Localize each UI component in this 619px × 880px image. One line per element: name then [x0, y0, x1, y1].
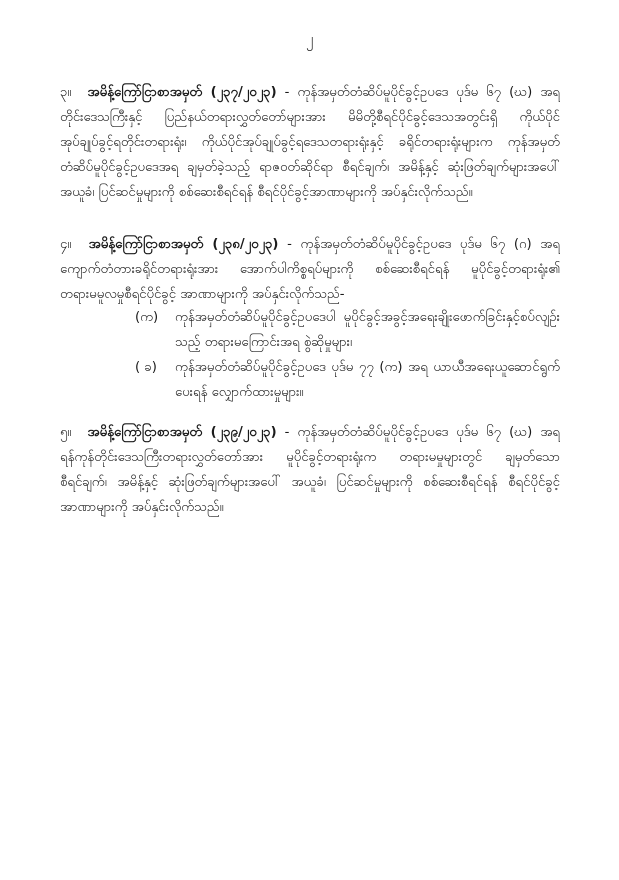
paragraph-5: ၅။ အမိန့်ကြော်ငြာစာအမှတ် (၂၃၉/၂၀၂၃) - ကု…: [60, 420, 560, 520]
paragraph-line: ၅။ အမိန့်ကြော်ငြာစာအမှတ် (၂၃၉/၂၀၂၃) - ကု…: [60, 420, 560, 445]
paragraph-line: ၃။ အမိန့်ကြော်ငြာစာအမှတ် (၂၃၇/၂၀၂၃) - ကု…: [60, 80, 560, 105]
sub-item-line: သည့် တရားမကြောင်းအရ စွဲဆိုမှုများ၊: [175, 330, 560, 355]
paragraph-line: ရန်ကုန်တိုင်းဒေသကြီးတရားလွှတ်တော်အား မူပ…: [60, 445, 560, 470]
paragraph-line: အာဏာများကို အပ်နှင်းလိုက်သည်။: [60, 495, 560, 520]
sub-item-marker: ( ခ): [135, 355, 175, 380]
paragraph-number: ၃။: [60, 85, 71, 100]
sub-item-line: ကုန်အမှတ်တံဆိပ်မူပိုင်ခွင့်ဥပဒေပါ မူပိုင…: [175, 305, 560, 330]
paragraph-line: ၄။ အမိန့်ကြော်ငြာစာအမှတ် (၂၃၈/၂၀၂၃) - ကု…: [60, 232, 560, 257]
paragraph-3: ၃။ အမိန့်ကြော်ငြာစာအမှတ် (၂၃၇/၂၀၂၃) - ကု…: [60, 80, 560, 205]
order-heading: အမိန့်ကြော်ငြာစာအမှတ် (၂၃၇/၂၀၂၃): [88, 85, 277, 100]
paragraph-line: အယူခံ၊ ပြင်ဆင်မှုများကို စစ်ဆေးစီရင်ရန် …: [60, 180, 560, 205]
heading-dash: -: [278, 237, 300, 252]
paragraph-line: ကျောက်တံတားခရိုင်တရားရုံးအား အောက်ပါကိစ္…: [60, 257, 560, 282]
paragraph-line: တိုင်းဒေသကြီးနှင့် ပြည်နယ်တရားလွှတ်တော်မ…: [60, 105, 560, 130]
paragraph-line: အုပ်ချုပ်ခွင့်ရတိုင်းတရားရုံး၊ ကိုယ်ပိုင…: [60, 130, 560, 155]
paragraph-line: တံဆိပ်မူပိုင်ခွင့်ဥပဒေအရ ချမှတ်ခဲ့သည့် ရ…: [60, 155, 560, 180]
heading-dash: -: [277, 425, 298, 440]
order-heading: အမိန့်ကြော်ငြာစာအမှတ် (၂၃၈/၂၀၂၃): [89, 237, 279, 252]
paragraph-number: ၄။: [60, 237, 71, 252]
paragraph-number: ၅။: [60, 425, 71, 440]
paragraph-4: ၄။ အမိန့်ကြော်ငြာစာအမှတ် (၂၃၈/၂၀၂၃) - ကု…: [60, 232, 560, 307]
order-heading: အမိန့်ကြော်ငြာစာအမှတ် (၂၃၉/၂၀၂၃): [88, 425, 277, 440]
heading-dash: -: [277, 85, 298, 100]
page-number: ၂: [0, 30, 619, 52]
sub-item-marker: (က): [135, 305, 175, 330]
paragraph-line: တရားမမူလမှုစီရင်ပိုင်ခွင့် အာဏာများကို အ…: [60, 282, 560, 307]
paragraph-line: စီရင်ချက်၊ အမိန့်နှင့် ဆုံးဖြတ်ချက်များအ…: [60, 470, 560, 495]
sub-item-line: ကုန်အမှတ်တံဆိပ်မူပိုင်ခွင့်ဥပဒေ ပုဒ်မ ၇၇…: [175, 355, 560, 380]
sub-item-line: ပေးရန် လျှောက်ထားမှုများ။: [175, 380, 560, 405]
